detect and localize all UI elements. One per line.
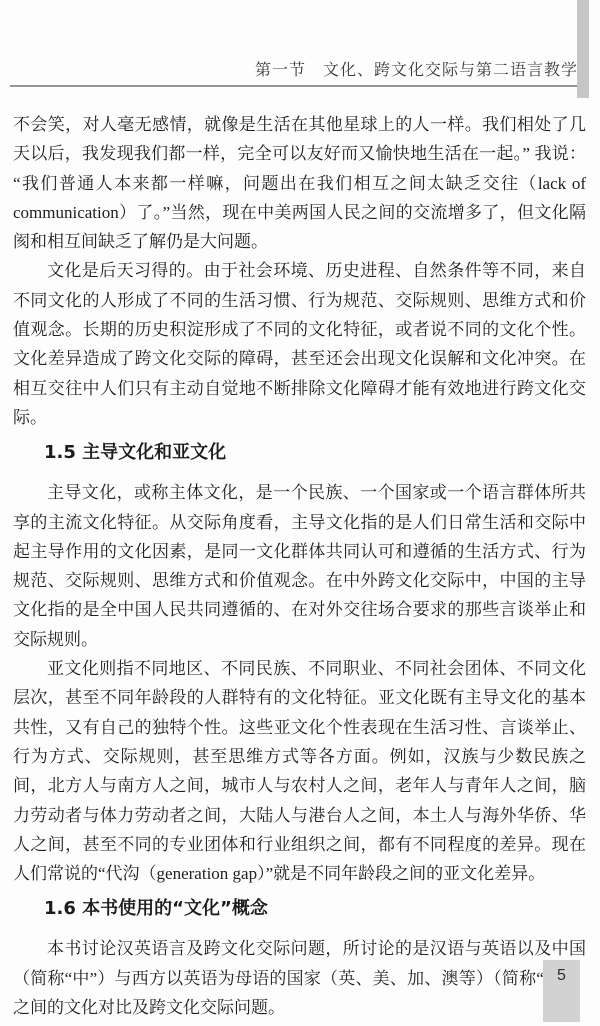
running-header-title: 第一节 文化、跨文化交际与第二语言教学 xyxy=(255,62,578,79)
paragraph-continued: 不会笑，对人毫无感情，就像是生活在其他星球上的人一样。我们相处了几天以后，我发现… xyxy=(13,110,586,256)
page-number: 5 xyxy=(557,967,566,985)
paragraph-book-scope: 本书讨论汉英语言及跨文化交际问题，所讨论的是汉语与英语以及中国（简称“中”）与西… xyxy=(13,934,586,1022)
page-edge-bar xyxy=(577,0,589,98)
paragraph-dominant-culture: 主导文化，或称主体文化，是一个民族、一个国家或一个语言群体所共享的主流文化特征。… xyxy=(13,478,586,654)
section-heading-1-5: 1.5 主导文化和亚文化 xyxy=(13,441,586,465)
paragraph-culture-acquired: 文化是后天习得的。由于社会环境、历史进程、自然条件等不同，来自不同文化的人形成了… xyxy=(13,256,586,432)
paragraph-subculture: 亚文化则指不同地区、不同民族、不同职业、不同社会团体、不同文化层次，甚至不同年龄… xyxy=(13,654,586,888)
section-heading-1-6: 1.6 本书使用的“文化”概念 xyxy=(13,897,586,921)
book-page: 第一节 文化、跨文化交际与第二语言教学 不会笑，对人毫无感情，就像是生活在其他星… xyxy=(0,0,600,1026)
running-header: 第一节 文化、跨文化交际与第二语言教学 xyxy=(10,0,578,87)
page-body: 不会笑，对人毫无感情，就像是生活在其他星球上的人一样。我们相处了几天以后，我发现… xyxy=(13,110,586,1022)
page-number-tab: 5 xyxy=(543,960,580,1022)
